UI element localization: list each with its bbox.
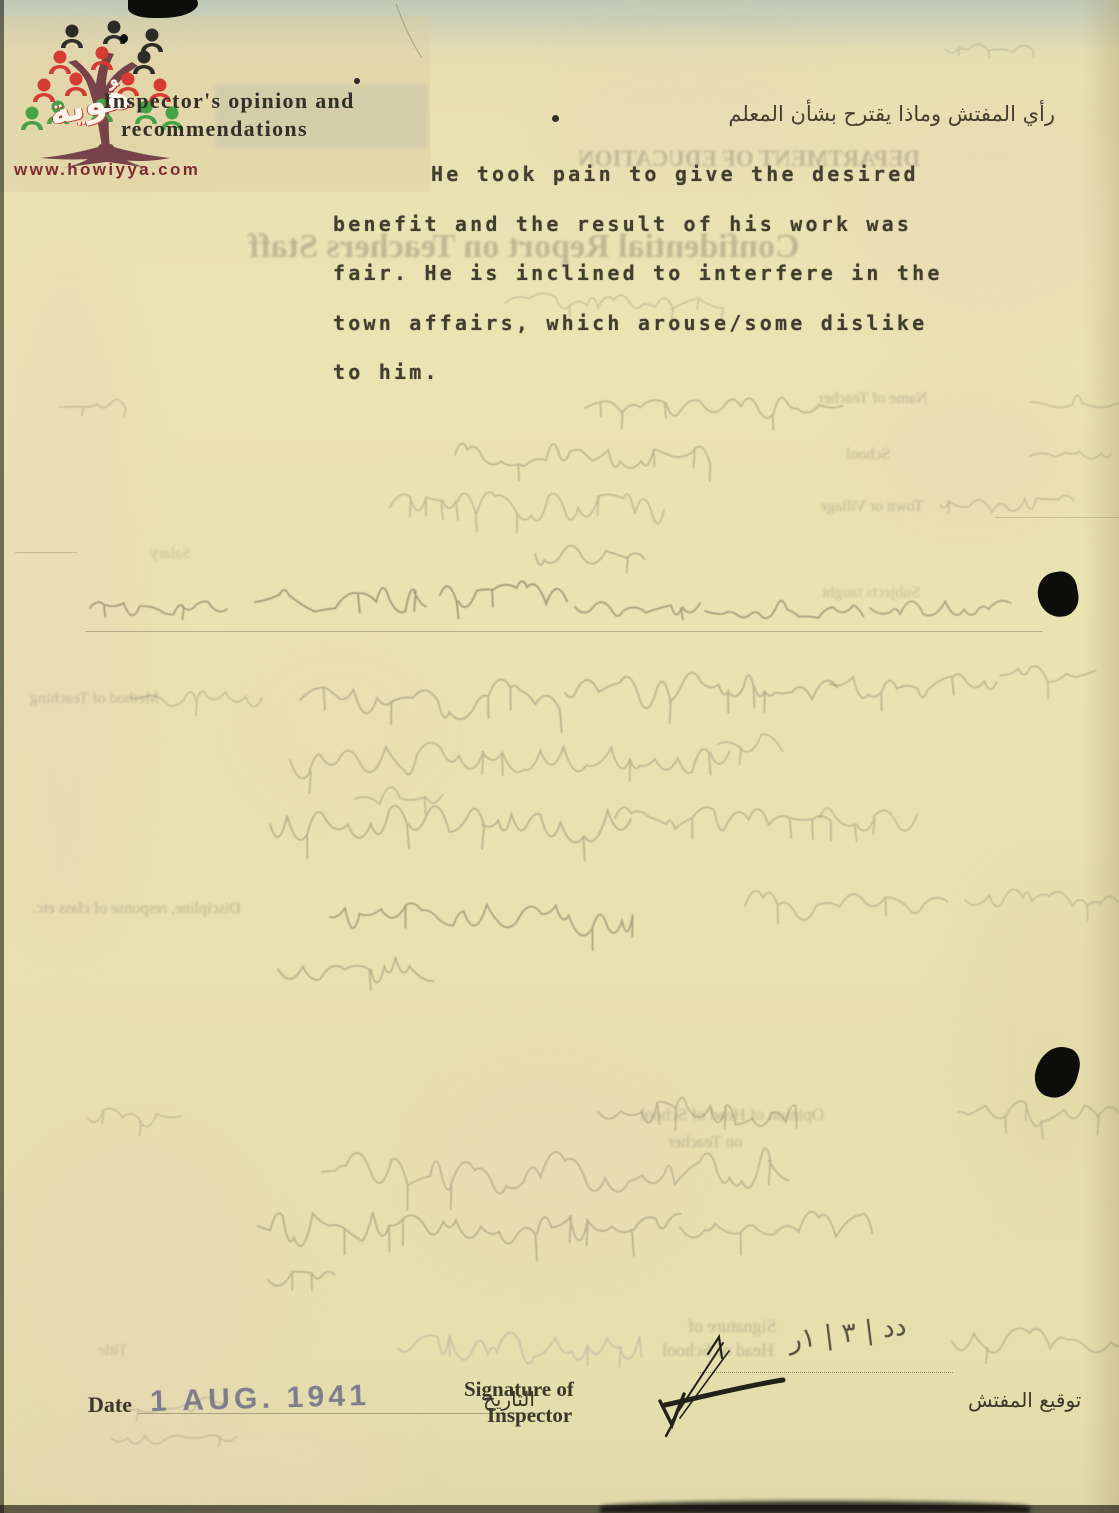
- handwriting-squiggle: [745, 888, 951, 934]
- typed-text-line: benefit and the result of his work was: [333, 212, 943, 262]
- handwriting-squiggle: [1000, 658, 1096, 702]
- handwriting-squiggle: [535, 540, 636, 578]
- date-stamp: 1 AUG. 1941: [150, 1379, 371, 1419]
- handwriting-squiggle: [940, 492, 1066, 528]
- ink-speck: [120, 34, 128, 43]
- handwriting-squiggle: [60, 398, 121, 426]
- typed-remarks: He took pain to give the desiredbenefit …: [333, 162, 943, 410]
- handwriting-squiggle: [1030, 446, 1116, 476]
- handwritten-date: دد | ٣ | ١ر: [787, 1311, 909, 1356]
- handwriting-squiggle: [270, 800, 616, 858]
- handwriting-squiggle: [88, 1105, 184, 1141]
- bleedthrough-text: Town or Village: [820, 498, 923, 516]
- handwriting-squiggle: [830, 666, 996, 712]
- handwriting-squiggle: [290, 738, 716, 792]
- handwriting-squiggle: [330, 895, 636, 949]
- handwriting-squiggle: [965, 885, 1111, 925]
- scan-bottom-shadow: [600, 1501, 1030, 1513]
- paper-tone-patch: [0, 250, 130, 930]
- date-label-en: Date: [88, 1392, 132, 1418]
- bleedthrough-text: Salary: [150, 545, 191, 563]
- typed-text-line: He took pain to give the desired: [333, 162, 943, 212]
- punch-hole-lower: [1030, 1042, 1083, 1103]
- punch-hole-upper: [1034, 569, 1081, 620]
- bleedthrough-text: Discipline, response of class etc.: [32, 900, 241, 918]
- handwriting-squiggle: [130, 685, 256, 721]
- handwriting-squiggle: [505, 292, 726, 324]
- paper-scratch: [390, 2, 430, 62]
- handwriting-squiggle: [958, 1095, 1119, 1139]
- handwriting-squiggle: [278, 948, 434, 1000]
- handwriting-squiggle: [565, 672, 821, 724]
- scan-left-edge: [0, 0, 4, 1513]
- handwriting-squiggle: [255, 583, 431, 631]
- handwriting-squiggle: [945, 42, 1021, 66]
- sig-label-line1: Signature of: [464, 1377, 574, 1402]
- handwriting-squiggle: [820, 800, 906, 844]
- sig-label-line2: Inspector: [487, 1403, 572, 1428]
- handwriting-squiggle: [705, 598, 861, 634]
- handwriting-squiggle: [1030, 392, 1116, 422]
- handwriting-squiggle: [598, 1090, 799, 1144]
- watermark-url: www.howiyya.com: [14, 160, 200, 180]
- bleedthrough-text: Title: [98, 1342, 128, 1360]
- handwriting-squiggle: [90, 596, 216, 630]
- handwriting-squiggle: [680, 1205, 871, 1259]
- inspector-signature: [650, 1328, 810, 1440]
- sig-label-ar: توقيع المفتش: [968, 1388, 1081, 1412]
- heading-line1: Inspector's opinion and: [103, 88, 355, 114]
- handwriting-squiggle: [398, 1328, 634, 1378]
- handwriting-squiggle: [268, 1262, 339, 1308]
- handwriting-squiggle: [258, 1200, 674, 1262]
- handwriting-squiggle: [390, 488, 661, 536]
- logo-people-black-row: [61, 21, 163, 53]
- scan-right-shade: [1083, 0, 1119, 1513]
- form-rule: [85, 631, 1043, 632]
- handwriting-squiggle: [615, 798, 821, 848]
- handwriting-squiggle: [718, 728, 784, 770]
- handwriting-squiggle: [575, 595, 696, 629]
- typed-period-mark: [552, 115, 559, 122]
- handwriting-squiggle: [952, 1326, 1118, 1366]
- handwriting-squiggle: [455, 438, 706, 482]
- handwriting-squiggle: [870, 595, 1006, 631]
- form-rule: [15, 552, 77, 553]
- handwriting-squiggle: [300, 678, 556, 732]
- scanned-document-page: هُوية www.howiyya.com Inspector's opinio…: [0, 0, 1119, 1513]
- ink-speck: [354, 78, 360, 84]
- handwriting-squiggle: [585, 393, 846, 433]
- heading-arabic: رأي المفتش وماذا يقترح بشأن المعلم: [735, 102, 1055, 126]
- handwriting-squiggle: [440, 578, 566, 622]
- bleedthrough-text: School: [846, 446, 890, 464]
- handwriting-squiggle: [322, 1148, 778, 1206]
- handwriting-squiggle: [112, 1430, 228, 1458]
- heading-line2: recommendations: [121, 116, 308, 142]
